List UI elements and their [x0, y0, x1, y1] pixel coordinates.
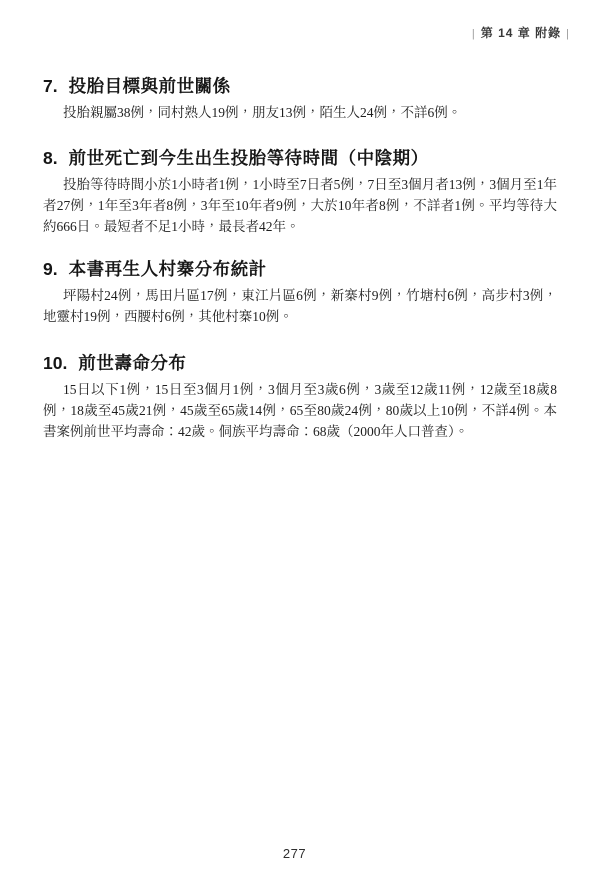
section-title: 本書再生人村寨分布統計 [69, 259, 267, 279]
section-8-waiting-time-bardo: 8.前世死亡到今生出生投胎等待時間（中陰期） 投胎等待時間小於1小時者1例，1小… [43, 146, 557, 237]
section-title: 前世壽命分布 [78, 353, 186, 373]
section-heading: 10.前世壽命分布 [43, 351, 557, 375]
section-paragraph: 投胎等待時間小於1小時者1例，1小時至7日者5例，7日至3個月者13例，3個月至… [43, 174, 557, 237]
page-content: 7.投胎目標與前世關係 投胎親屬38例，同村熟人19例，朋友13例，陌生人24例… [0, 74, 605, 442]
section-7-reincarnation-target-relation: 7.投胎目標與前世關係 投胎親屬38例，同村熟人19例，朋友13例，陌生人24例… [43, 74, 557, 123]
header-divider-left: | [467, 28, 481, 40]
section-paragraph: 坪陽村24例，馬田片區17例，東江片區6例，新寨村9例，竹塘村6例，高步村3例，… [43, 285, 557, 327]
section-heading: 9.本書再生人村寨分布統計 [43, 257, 557, 281]
section-heading: 7.投胎目標與前世關係 [43, 74, 557, 98]
section-paragraph: 15日以下1例，15日至3個月1例，3個月至3歲6例，3歲至12歲11例，12歲… [43, 379, 557, 442]
section-number: 9. [43, 257, 58, 281]
section-number: 10. [43, 351, 67, 375]
section-10-past-life-lifespan: 10.前世壽命分布 15日以下1例，15日至3個月1例，3個月至3歲6例，3歲至… [43, 351, 557, 442]
chapter-label: 第 14 章 附錄 [481, 26, 561, 40]
page-number: 277 [0, 846, 597, 862]
header-divider-right: | [561, 28, 575, 40]
page-header: |第 14 章 附錄| [0, 26, 605, 42]
section-title: 投胎目標與前世關係 [69, 76, 231, 96]
section-number: 8. [43, 146, 58, 170]
section-number: 7. [43, 74, 58, 98]
section-9-village-distribution: 9.本書再生人村寨分布統計 坪陽村24例，馬田片區17例，東江片區6例，新寨村9… [43, 257, 557, 327]
section-title: 前世死亡到今生出生投胎等待時間（中陰期） [69, 148, 429, 168]
book-page: |第 14 章 附錄| 7.投胎目標與前世關係 投胎親屬38例，同村熟人19例，… [0, 0, 605, 896]
section-paragraph: 投胎親屬38例，同村熟人19例，朋友13例，陌生人24例，不詳6例。 [43, 102, 557, 123]
section-heading: 8.前世死亡到今生出生投胎等待時間（中陰期） [43, 146, 557, 170]
